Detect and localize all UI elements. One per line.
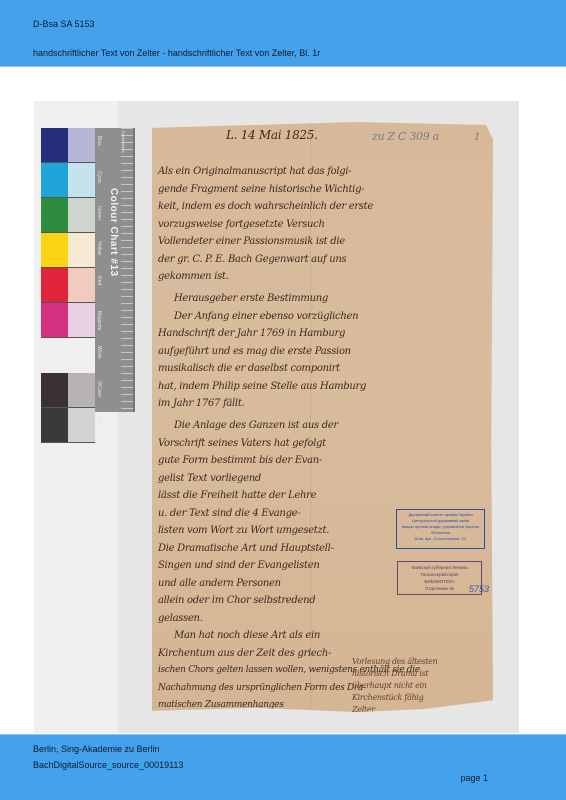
swatch-label: White xyxy=(96,346,102,359)
manuscript-line: vorzugsweise fortgesetzte Versuch xyxy=(158,219,325,230)
manuscript-line: Die Anlage des Ganzen ist aus der xyxy=(174,420,338,431)
stamp-text-line: Госконсерватория xyxy=(398,571,481,578)
manuscript-line: Die Dramatische Art und Hauptstell- xyxy=(158,543,334,554)
swatch-red-dark xyxy=(41,268,68,303)
swatch-yellow-light xyxy=(68,233,95,268)
manuscript-line: hat, indem Philip seine Stelle aus Hambu… xyxy=(158,381,366,392)
manuscript-line: u. der Text sind die 4 Evange- xyxy=(158,508,300,519)
manuscript-line: lässt die Freiheit hatte der Lehre xyxy=(158,490,316,501)
colour-chart-title: Colour Chart #13 xyxy=(108,188,119,277)
manuscript-page: L. 14 Mai 1825. zu Z C 309 a 1 Als ein O… xyxy=(152,122,493,712)
manuscript-line: Handschrift der Jahr 1769 in Hamburg xyxy=(158,328,345,339)
colour-swatches-dark xyxy=(41,128,68,443)
swatch-green-light xyxy=(68,198,95,233)
swatch-label: Green xyxy=(96,206,102,220)
header-bar: D-Bsa SA 5153 handschriftlicher Text von… xyxy=(0,0,566,67)
swatch-red-light xyxy=(68,268,95,303)
page-number: page 1 xyxy=(460,773,488,783)
swatch-label: Blue xyxy=(96,136,102,146)
swatch-magenta-dark xyxy=(41,303,68,338)
swatch-blue-dark xyxy=(41,128,68,163)
manuscript-line: listen vom Wort zu Wort umgesetzt. xyxy=(158,525,329,536)
manuscript-line: Als ein Originalmanuscript hat das folgi… xyxy=(158,166,351,177)
manuscript-line: gende Fragment seine historische Wichtig… xyxy=(158,184,364,195)
colour-swatches-light xyxy=(68,128,95,443)
swatch-label: Cyan xyxy=(96,171,102,183)
swatch-white-dark xyxy=(41,338,68,373)
ruler-ticks xyxy=(121,128,133,412)
stamp-text-line: Киевская губерния Ленина xyxy=(398,564,481,571)
manuscript-line: Vollendeter einer Passionsmusik ist die xyxy=(158,236,345,247)
manuscript-line: Singen und sind der Evangelisten xyxy=(158,560,320,571)
swatch-white-light xyxy=(68,338,95,373)
date-line: L. 14 Mai 1825. xyxy=(226,128,318,142)
manuscript-line: und alle andern Personen xyxy=(158,578,281,589)
measurement-ruler: Centimetres Colour Chart #13 BlueCyanGre… xyxy=(95,128,135,412)
margin-note-line: Kirchenstück fähig xyxy=(352,693,423,702)
manuscript-line: allein oder im Chor selbstredend xyxy=(158,595,315,606)
manuscript-line: Man hat noch diese Art als ein xyxy=(174,630,320,641)
manuscript-line: im Jahr 1767 fällt. xyxy=(158,398,244,409)
margin-note-line: Vorlesung des ältesten xyxy=(352,657,437,666)
swatch-3-color-dark xyxy=(41,373,68,408)
footer-bar: Berlin, Sing-Akademie zu Berlin BachDigi… xyxy=(0,734,566,800)
swatch-green-dark xyxy=(41,198,68,233)
manuscript-line: gelassen. xyxy=(158,613,203,624)
swatch-label: 3/Color xyxy=(96,381,102,397)
shelfmark: D-Bsa SA 5153 xyxy=(33,19,95,29)
ruler-unit-label: Centimetres xyxy=(121,131,126,153)
stamp-inventory-number: 5753 xyxy=(469,586,489,593)
colour-chart: Centimetres Colour Chart #13 BlueCyanGre… xyxy=(41,128,109,412)
swatch-label: Yellow xyxy=(96,241,102,255)
manuscript-line: Kirchentum aus der Zeit des griech- xyxy=(158,648,331,659)
swatch-yellow-dark xyxy=(41,233,68,268)
swatch-label: Red xyxy=(96,276,102,285)
margin-note-line: Zelter xyxy=(352,705,375,714)
swatch-label: Magenta xyxy=(96,311,102,330)
swatch-magenta-light xyxy=(68,303,95,338)
swatch-label: Black xyxy=(96,416,102,428)
margin-note-line: historisch Drama ist xyxy=(352,669,428,678)
manuscript-line: musikalisch die er daselbst componirt xyxy=(158,363,340,374)
manuscript-line: Vorschrift seines Vaters hat gefolgt xyxy=(158,438,326,449)
pencil-shelfmark-note: zu Z C 309 a xyxy=(372,130,439,143)
swatch-black-light xyxy=(68,408,95,443)
colour-chart-panel: Centimetres Colour Chart #13 BlueCyanGre… xyxy=(34,101,118,733)
manuscript-line: Nachahmung des ursprünglichen Form des D… xyxy=(158,683,366,693)
swatch-cyan-light xyxy=(68,163,95,198)
manuscript-line: aufgeführt und es mag die erste Passion xyxy=(158,346,351,357)
swatch-black-dark xyxy=(41,408,68,443)
swatch-blue-light xyxy=(68,128,95,163)
manuscript-line: gekommen ist. xyxy=(158,271,229,282)
stamp-text-line: Київ, вул. Солом'янська, 24 xyxy=(397,536,484,542)
document-title: handschriftlicher Text von Zelter - hand… xyxy=(33,48,320,58)
manuscript-line: gute Form bestimmt bis der Evan- xyxy=(158,455,322,466)
library-stamp-violet: Киевская губерния ЛенинаГосконсерватория… xyxy=(397,561,482,595)
manuscript-scan: Centimetres Colour Chart #13 BlueCyanGre… xyxy=(34,101,519,733)
source-identifier: BachDigitalSource_source_00019113 xyxy=(33,760,183,770)
holding-location: Berlin, Sing-Akademie zu Berlin xyxy=(33,744,160,754)
manuscript-line: keit, indem es doch wahrscheinlich der e… xyxy=(158,201,373,212)
manuscript-line: Der Anfang einer ebenso vorzüglichen xyxy=(174,311,358,322)
swatch-cyan-dark xyxy=(41,163,68,198)
manuscript-line: der gr. C. P. E. Bach Gegenwart auf uns xyxy=(158,254,346,265)
swatch-3-color-light xyxy=(68,373,95,408)
archive-stamp-blue: Державний комітет архівів УкраїниЦентрал… xyxy=(396,509,485,549)
manuscript-line: matischen Zusammenhanges xyxy=(158,700,284,710)
margin-note-line: überhaupt nicht ein xyxy=(352,681,427,690)
manuscript-line: geblieben. xyxy=(158,718,203,728)
folio-mark: 1 xyxy=(474,132,480,143)
manuscript-line: Herausgeber erste Bestimmung xyxy=(174,293,328,304)
manuscript-line: gelist Text vorliegend xyxy=(158,473,261,484)
